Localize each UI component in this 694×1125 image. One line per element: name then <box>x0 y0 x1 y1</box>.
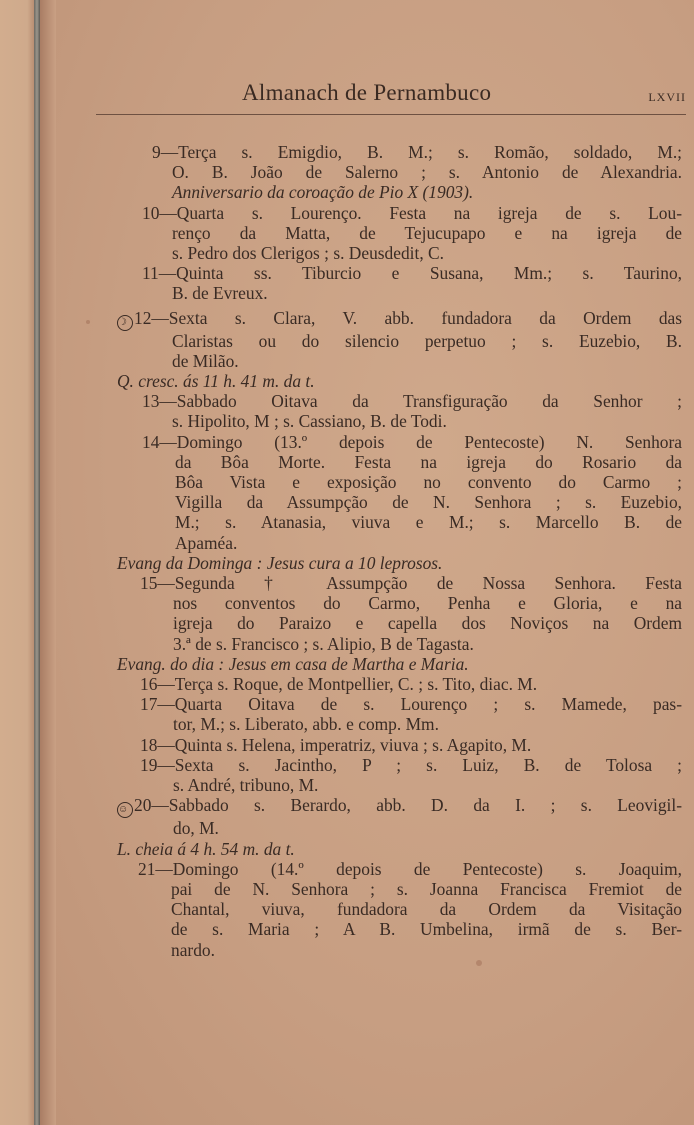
gospel-note: Evang. do dia : Jesus em casa de Martha … <box>90 654 682 674</box>
day-entry-15: 15—Segunda † Assumpção de Nossa Senhora.… <box>90 573 682 654</box>
header-rule <box>96 114 686 115</box>
entry-line: s. Hipolito, M ; s. Cassiano, B. de Todi… <box>142 411 682 431</box>
entry-line: ☽12—Sexta s. Clara, V. abb. fundadora da… <box>117 308 682 331</box>
entry-line: 3.ª de s. Francisco ; s. Alipio, B de Ta… <box>140 634 682 654</box>
day-entry-21: 21—Domingo (14.º depois de Pentecoste) s… <box>90 859 682 960</box>
entry-line: M.; s. Atanasia, viuva e M.; s. Marcello… <box>142 512 682 532</box>
day-entry-9: 9—Terça s. Emigdio, B. M.; s. Romão, sol… <box>90 142 682 203</box>
page-header: Almanach de Pernambuco LXVII <box>96 80 686 120</box>
day-entry-20: ☺20—Sabbado s. Berardo, abb. D. da I. ; … <box>90 795 682 838</box>
day-entry-12: ☽12—Sexta s. Clara, V. abb. fundadora da… <box>90 308 682 371</box>
day-entry-13: 13—Sabbado Oitava da Transfiguração da S… <box>90 391 682 431</box>
entry-line: Bôa Vista e exposição no convento do Car… <box>142 472 682 492</box>
entry-line: 17—Quarta Oitava de s. Lourenço ; s. Mam… <box>140 694 682 714</box>
day-entry-19: 19—Sexta s. Jacintho, P ; s. Luiz, B. de… <box>90 755 682 795</box>
entry-line: s. Pedro dos Clerigos ; s. Deusdedit, C. <box>142 243 682 263</box>
day-entry-16: 16—Terça s. Roque, de Montpellier, C. ; … <box>90 674 682 694</box>
entry-line: ☺20—Sabbado s. Berardo, abb. D. da I. ; … <box>117 795 682 818</box>
moon-phase-note: Q. cresc. ás 11 h. 41 m. da t. <box>90 371 682 391</box>
page-title: Almanach de Pernambuco <box>242 80 491 106</box>
entry-line: 9—Terça s. Emigdio, B. M.; s. Romão, sol… <box>152 142 682 162</box>
day-entry-10: 10—Quarta s. Lourenço. Festa na igreja d… <box>90 203 682 264</box>
entry-line: B. de Evreux. <box>142 283 682 303</box>
entry-line: 18—Quinta s. Helena, imperatriz, viuva ;… <box>140 735 682 755</box>
entry-line: 10—Quarta s. Lourenço. Festa na igreja d… <box>142 203 682 223</box>
previous-page-edge <box>0 0 34 1125</box>
entry-line: renço da Matta, de Tejucupapo e na igrej… <box>142 223 682 243</box>
entry-line: nardo. <box>138 940 682 960</box>
entry-line: 15—Segunda † Assumpção de Nossa Senhora.… <box>140 573 682 593</box>
calendar-entries: 9—Terça s. Emigdio, B. M.; s. Romão, sol… <box>90 142 682 960</box>
entry-line-text: 20—Sabbado s. Berardo, abb. D. da I. ; s… <box>134 795 682 815</box>
entry-line: Vigilla da Assumpção de N. Senhora ; s. … <box>142 492 682 512</box>
crescent-moon-icon: ☽ <box>117 315 133 331</box>
entry-line: Chantal, viuva, fundadora da Ordem da Vi… <box>138 899 682 919</box>
entry-line: 21—Domingo (14.º depois de Pentecoste) s… <box>138 859 682 879</box>
gospel-note: Evang da Dominga : Jesus cura a 10 lepro… <box>90 553 682 573</box>
full-moon-icon: ☺ <box>117 802 133 818</box>
entry-line: s. André, tribuno, M. <box>140 775 682 795</box>
entry-line: 19—Sexta s. Jacintho, P ; s. Luiz, B. de… <box>140 755 682 775</box>
entry-line: de s. Maria ; A B. Umbelina, irmã de s. … <box>138 919 682 939</box>
entry-line: da Bôa Morte. Festa na igreja do Rosario… <box>142 452 682 472</box>
page-number: LXVII <box>648 90 686 105</box>
entry-line: do, M. <box>117 818 682 838</box>
entry-line: 11—Quinta ss. Tiburcio e Susana, Mm.; s.… <box>142 263 682 283</box>
entry-line: Anniversario da coroação de Pio X (1903)… <box>152 182 682 202</box>
entry-line: 14—Domingo (13.º depois de Pentecoste) N… <box>142 432 682 452</box>
entry-line: igreja do Paraizo e capella dos Noviços … <box>140 613 682 633</box>
entry-line-text: 12—Sexta s. Clara, V. abb. fundadora da … <box>134 308 682 328</box>
day-entry-14: 14—Domingo (13.º depois de Pentecoste) N… <box>90 432 682 553</box>
day-entry-17: 17—Quarta Oitava de s. Lourenço ; s. Mam… <box>90 694 682 734</box>
moon-phase-note: L. cheia á 4 h. 54 m. da t. <box>90 839 682 859</box>
entry-line: O. B. João de Salerno ; s. Antonio de Al… <box>152 162 682 182</box>
paper-stain <box>476 960 482 966</box>
day-entry-11: 11—Quinta ss. Tiburcio e Susana, Mm.; s.… <box>90 263 682 303</box>
entry-line: Apaméa. <box>142 533 682 553</box>
entry-line: nos conventos do Carmo, Penha e Gloria, … <box>140 593 682 613</box>
gutter-shadow <box>40 0 56 1125</box>
entry-line: 13—Sabbado Oitava da Transfiguração da S… <box>142 391 682 411</box>
day-entry-18: 18—Quinta s. Helena, imperatriz, viuva ;… <box>90 735 682 755</box>
entry-line: pai de N. Senhora ; s. Joanna Francisca … <box>138 879 682 899</box>
entry-line: Claristas ou do silencio perpetuo ; s. E… <box>117 331 682 351</box>
entry-line: tor, M.; s. Liberato, abb. e comp. Mm. <box>140 714 682 734</box>
entry-line: de Milão. <box>117 351 682 371</box>
entry-line: 16—Terça s. Roque, de Montpellier, C. ; … <box>140 674 682 694</box>
